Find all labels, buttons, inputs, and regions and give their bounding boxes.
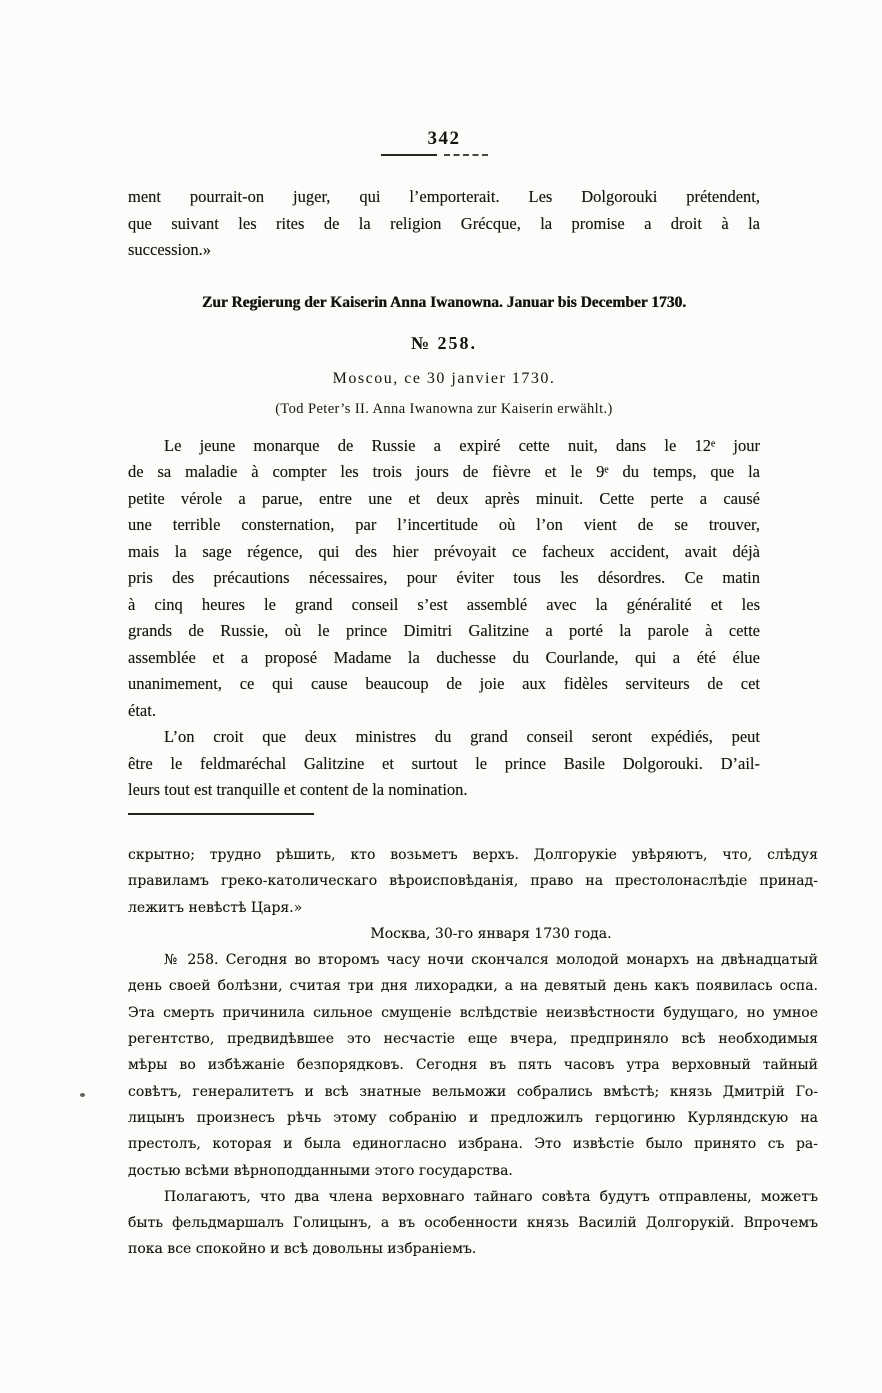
text-line: престолъ, которая и была единогласно изб… [128, 1131, 818, 1157]
footnote-paragraph-1: скрытно; трудно рѣшить, кто возьметъ вер… [128, 842, 818, 921]
rule-dashed-segment [444, 154, 488, 156]
text-line: совѣтъ, генералитетъ и всѣ знатные вельм… [128, 1079, 818, 1105]
footnote-section: скрытно; трудно рѣшить, кто возьметъ вер… [128, 842, 818, 1263]
text-line: регентство, предвидѣвшее это несчастіе е… [128, 1026, 818, 1052]
text-line: grands de Russie, où le prince Dimitri G… [128, 618, 760, 645]
footnote-dateline: Москва, 30-го января 1730 года. [146, 921, 836, 947]
continuation-paragraph: ment pourrait-on juger, qui l’emporterai… [128, 184, 760, 264]
editorial-note: (Tod Peter’s II. Anna Iwanowna zur Kaise… [128, 400, 760, 419]
text-line: Полагаютъ, что два члена верховнаго тайн… [128, 1184, 818, 1210]
text-line: № 258. Сегодня во второмъ часу ночи скон… [128, 947, 818, 973]
text-line: succession.» [128, 237, 760, 264]
entry-dateline: Moscou, ce 30 janvier 1730. [128, 369, 760, 389]
text-line: que suivant les rites de la religion Gré… [128, 211, 760, 238]
margin-speck [80, 1093, 85, 1097]
text-line: быть фельдмаршалъ Голицынъ, а въ особенн… [128, 1210, 818, 1236]
text-line: правиламъ греко-католическаго вѣроисповѣ… [128, 868, 818, 894]
text-line: лежитъ невѣстѣ Царя.» [128, 895, 818, 921]
scanned-page: 342 ment pourrait-on juger, qui l’emport… [0, 0, 882, 1393]
footnote-paragraph-3: Полагаютъ, что два члена верховнаго тайн… [128, 1184, 818, 1263]
main-text-column: 342 ment pourrait-on juger, qui l’emport… [128, 128, 760, 815]
text-line: Le jeune monarque de Russie a expiré cet… [128, 433, 760, 460]
text-line: pris des précautions nécessaires, pour é… [128, 565, 760, 592]
text-line: leurs tout est tranquille et content de … [128, 777, 760, 804]
footnote-separator-rule [128, 813, 314, 815]
entry-number: № 258. [128, 332, 760, 354]
text-line: petite vérole a parue, entre une et deux… [128, 486, 760, 513]
text-line: день своей болѣзни, считая три дня лихор… [128, 973, 818, 999]
text-line: mais la sage régence, qui des hier prévo… [128, 539, 760, 566]
text-line: пока все спокойно и всѣ довольны избрані… [128, 1236, 818, 1262]
footnote-paragraph-2: № 258. Сегодня во второмъ часу ночи скон… [128, 947, 818, 1184]
rule-solid-segment [381, 154, 437, 156]
text-line: assemblée et a proposé Madame la duchess… [128, 645, 760, 672]
text-line: ment pourrait-on juger, qui l’emporterai… [128, 184, 760, 211]
text-line: достью всѣми вѣрноподданными этого госуд… [128, 1158, 818, 1184]
text-line: скрытно; трудно рѣшить, кто возьметъ вер… [128, 842, 818, 868]
text-line: L’on croit que deux ministres du grand c… [128, 724, 760, 751]
text-line: à cinq heures le grand conseil s’est ass… [128, 592, 760, 619]
text-line: мѣры во избѣжаніе безпорядковъ. Сегодня … [128, 1052, 818, 1078]
page-number-rule [118, 154, 750, 159]
text-line: être le feldmaréchal Galitzine et surtou… [128, 751, 760, 778]
text-line: Эта смерть причинила сильное смущеніе вс… [128, 1000, 818, 1026]
text-line: unanimement, ce qui cause beaucoup de jo… [128, 671, 760, 698]
body-paragraph-1: Le jeune monarque de Russie a expiré cet… [128, 433, 760, 725]
body-paragraph-2: L’on croit que deux ministres du grand c… [128, 724, 760, 804]
text-line: лицынъ произнесъ рѣчь этому собранію и п… [128, 1105, 818, 1131]
text-line: une terrible consternation, par l’incert… [128, 512, 760, 539]
section-running-title: Zur Regierung der Kaiserin Anna Iwanowna… [128, 293, 760, 313]
page-number: 342 [128, 128, 760, 150]
text-line: de sa maladie à compter les trois jours … [128, 459, 760, 486]
text-line: état. [128, 698, 760, 725]
